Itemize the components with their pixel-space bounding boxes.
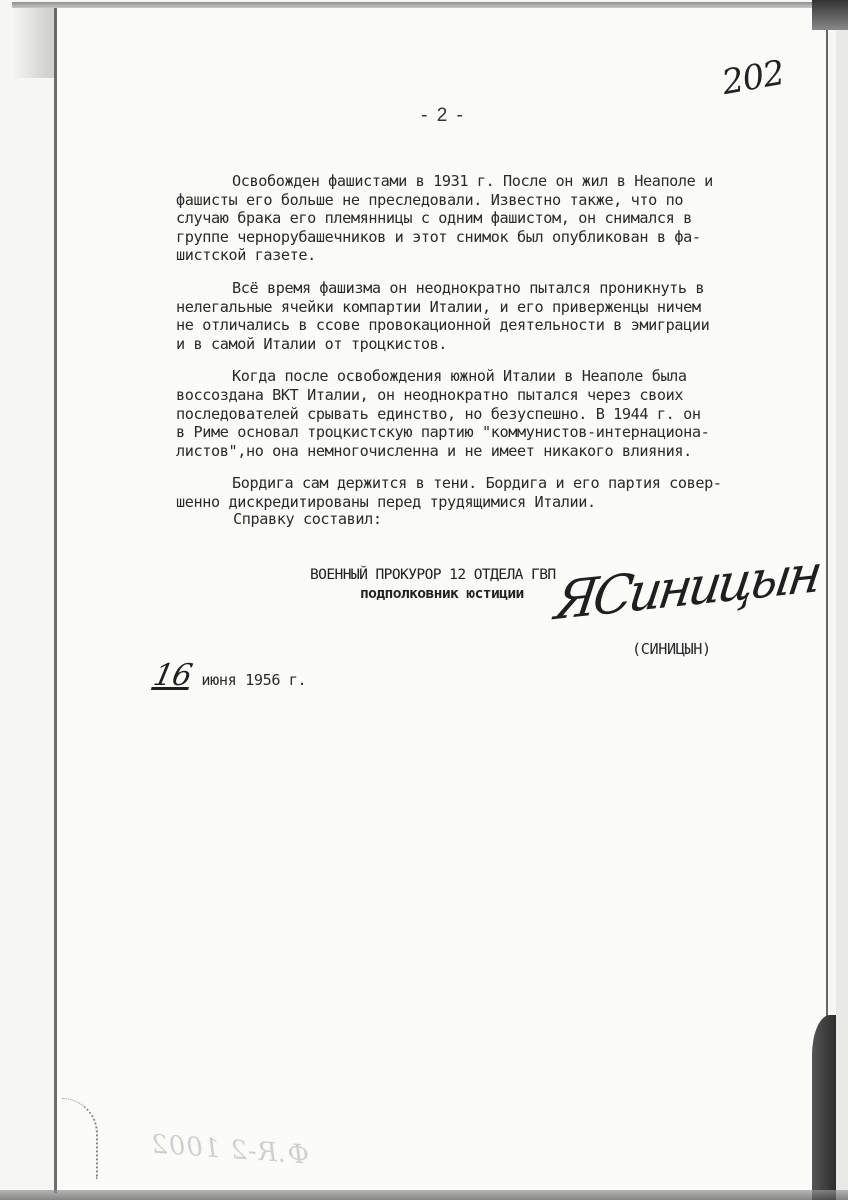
paragraph-text: Освобожден фашистами в 1931 г. После он … (176, 172, 713, 264)
document-date: 16июня 1956 г. (154, 658, 306, 693)
page-left-edge (54, 8, 57, 1193)
paragraph-text: Когда после освобождения южной Италии в … (176, 367, 709, 459)
paragraph: Когда после освобождения южной Италии в … (176, 367, 826, 460)
compiled-by-label: Справку составил: (233, 510, 382, 528)
date-day-handwritten: 16 (150, 658, 195, 693)
date-month-year: июня 1956 г. (201, 671, 306, 689)
paragraph: Бордига сам держится в тени. Бордига и е… (176, 474, 826, 511)
page-left-shadow (12, 8, 56, 78)
signatory-title-line2: подполковник юстиции (310, 584, 556, 603)
page-top-edge (12, 2, 812, 8)
binding-shadow-bottom (812, 1015, 836, 1200)
scan-right-strip (836, 0, 848, 1200)
signatory-title-line1: ВОЕННЫЙ ПРОКУРОР 12 ОТДЕЛА ГВП (310, 566, 556, 583)
page-number: - 2 - (398, 105, 488, 127)
page-right-edge (826, 8, 828, 1190)
page-bottom-edge (0, 1190, 848, 1200)
signatory-title: ВОЕННЫЙ ПРОКУРОР 12 ОТДЕЛА ГВП подполков… (310, 565, 556, 603)
paragraph: Освобожден фашистами в 1931 г. После он … (176, 172, 826, 265)
paragraph-text: Бордига сам держится в тени. Бордига и е… (176, 474, 722, 511)
paragraph-text: Всё время фашизма он неоднократно пыталс… (176, 279, 709, 353)
paragraph: Всё время фашизма он неоднократно пыталс… (176, 279, 826, 353)
signatory-name: (СИНИЦЫН) (632, 640, 711, 658)
binding-shadow-top (812, 0, 848, 30)
document-body: Освобожден фашистами в 1931 г. После он … (176, 172, 826, 526)
